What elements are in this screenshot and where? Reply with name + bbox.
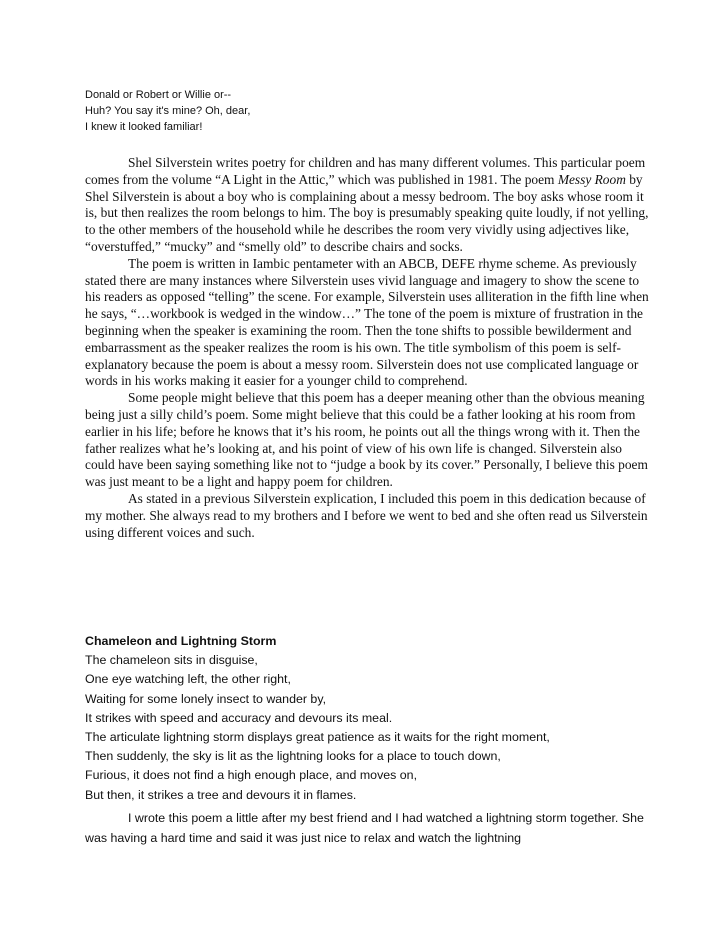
essay-paragraph-3: Some people might believe that this poem… — [85, 390, 655, 491]
poem-line: I knew it looked familiar! — [85, 119, 250, 135]
essay-paragraph-2: The poem is written in Iambic pentameter… — [85, 256, 655, 390]
essay-body: Shel Silverstein writes poetry for child… — [85, 155, 655, 541]
messy-room-poem-ending: Donald or Robert or Willie or-- Huh? You… — [85, 87, 250, 135]
author-note: I wrote this poem a little after my best… — [85, 808, 645, 848]
essay-paragraph-1: Shel Silverstein writes poetry for child… — [85, 155, 655, 256]
poem-title-italic: Messy Room — [558, 172, 626, 187]
poem-line: Then suddenly, the sky is lit as the lig… — [85, 747, 550, 766]
poem-line: It strikes with speed and accuracy and d… — [85, 709, 550, 728]
poem-line: The chameleon sits in disguise, — [85, 651, 550, 670]
poem-line: Furious, it does not find a high enough … — [85, 766, 550, 785]
poem-line: The articulate lightning storm displays … — [85, 728, 550, 747]
poem-line: Huh? You say it's mine? Oh, dear, — [85, 103, 250, 119]
essay-paragraph-4: As stated in a previous Silverstein expl… — [85, 491, 655, 541]
poem-line: Waiting for some lonely insect to wander… — [85, 690, 550, 709]
poem-title: Chameleon and Lightning Storm — [85, 632, 550, 651]
author-note-paragraph: I wrote this poem a little after my best… — [85, 808, 645, 848]
poem-line: Donald or Robert or Willie or-- — [85, 87, 250, 103]
poem-line: One eye watching left, the other right, — [85, 670, 550, 689]
poem-line: But then, it strikes a tree and devours … — [85, 786, 550, 805]
chameleon-poem: Chameleon and Lightning Storm The chamel… — [85, 632, 550, 805]
